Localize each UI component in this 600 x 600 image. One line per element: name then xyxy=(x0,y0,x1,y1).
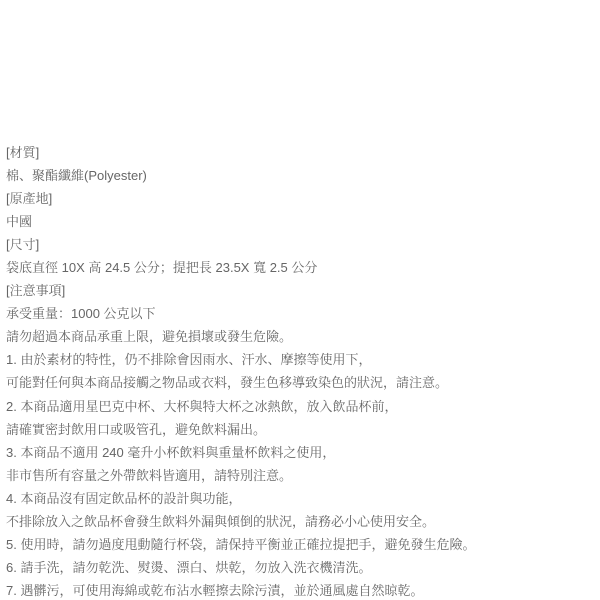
note-4-line-2: 不排除放入之飲品杯會發生飲料外漏與傾倒的狀況，請務必小心使用安全。 xyxy=(6,510,600,533)
note-6: 6. 請手洗，請勿乾洗、熨燙、漂白、烘乾，勿放入洗衣機清洗。 xyxy=(6,556,600,579)
origin-value: 中國 xyxy=(6,210,600,233)
material-heading: [材質] xyxy=(6,141,600,164)
note-4-line-1: 4. 本商品沒有固定飲品杯的設計與功能， xyxy=(6,487,600,510)
blank-top-area xyxy=(0,0,600,141)
note-2-line-1: 2. 本商品適用星巴克中杯、大杯與特大杯之冰熱飲，放入飲品杯前， xyxy=(6,395,600,418)
product-description: [材質] 棉、聚酯纖維(Polyester) [原產地] 中國 [尺寸] 袋底直… xyxy=(0,141,600,600)
size-heading: [尺寸] xyxy=(6,233,600,256)
size-value: 袋底直徑 10X 高 24.5 公分；提把長 23.5X 寬 2.5 公分 xyxy=(6,256,600,279)
note-weight-limit: 承受重量：1000 公克以下 xyxy=(6,302,600,325)
notes-heading: [注意事項] xyxy=(6,279,600,302)
note-2-line-2: 請確實密封飲用口或吸管孔，避免飲料漏出。 xyxy=(6,418,600,441)
note-weight-warning: 請勿超過本商品承重上限，避免損壞或發生危險。 xyxy=(6,325,600,348)
note-3-line-2: 非市售所有容量之外帶飲料皆適用，請特別注意。 xyxy=(6,464,600,487)
origin-heading: [原產地] xyxy=(6,187,600,210)
note-1-line-2: 可能對任何與本商品接觸之物品或衣料，發生色移導致染色的狀況，請注意。 xyxy=(6,371,600,394)
product-description-page: [材質] 棉、聚酯纖維(Polyester) [原產地] 中國 [尺寸] 袋底直… xyxy=(0,0,600,600)
note-3-line-1: 3. 本商品不適用 240 毫升小杯飲料與重量杯飲料之使用， xyxy=(6,441,600,464)
note-7: 7. 遇髒污，可使用海綿或乾布沾水輕擦去除污漬，並於通風處自然晾乾。 xyxy=(6,579,600,600)
note-5: 5. 使用時，請勿過度甩動隨行杯袋，請保持平衡並正確拉提把手，避免發生危險。 xyxy=(6,533,600,556)
note-1-line-1: 1. 由於素材的特性，仍不排除會因雨水、汗水、摩擦等使用下， xyxy=(6,348,600,371)
material-value: 棉、聚酯纖維(Polyester) xyxy=(6,164,600,187)
